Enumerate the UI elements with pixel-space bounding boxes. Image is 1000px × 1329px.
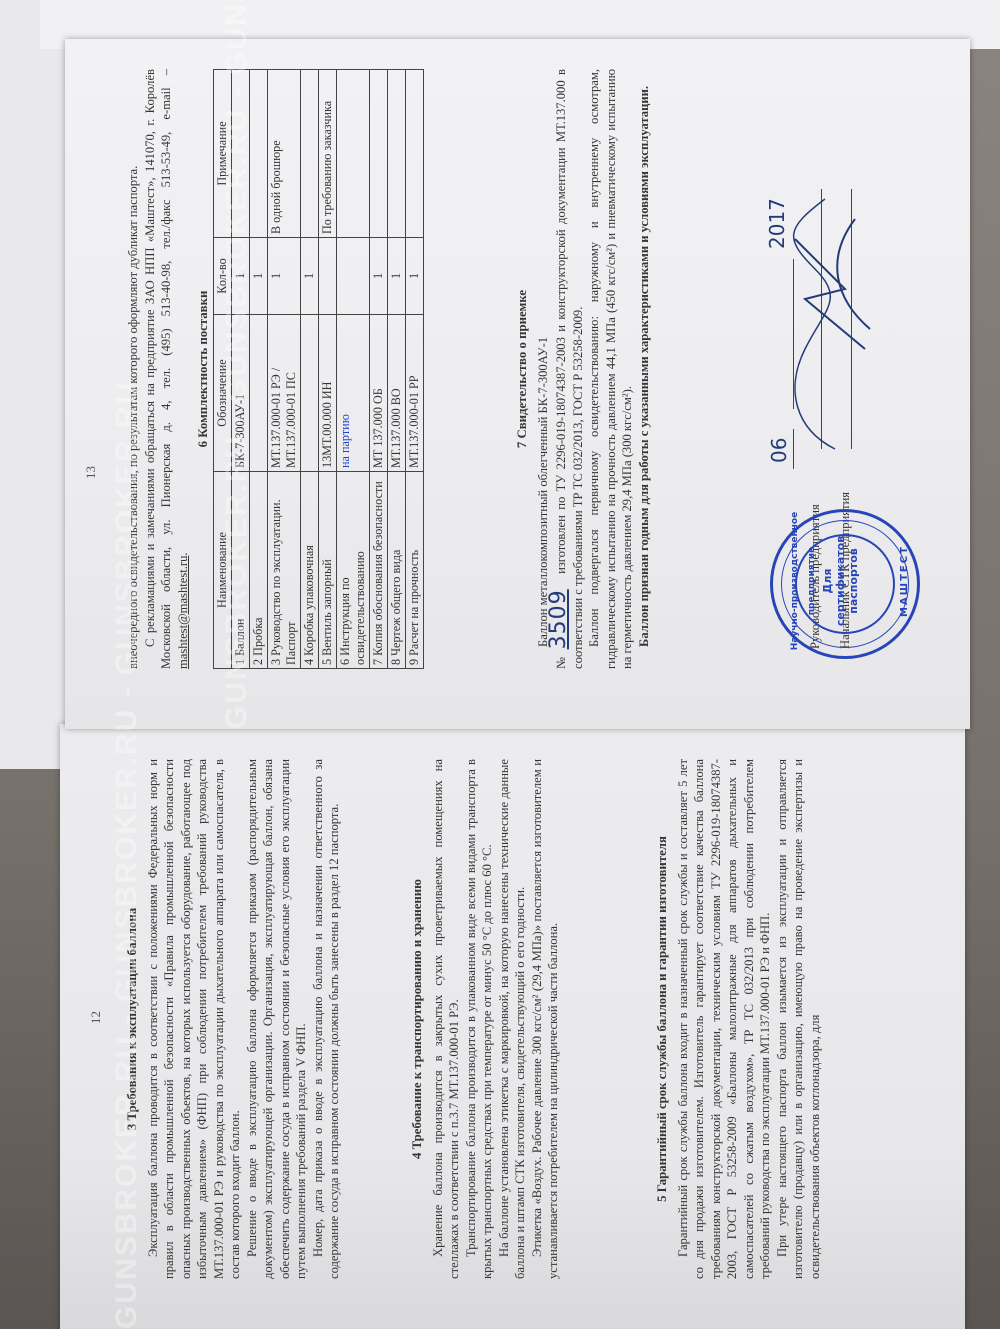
table-cell-qty <box>319 238 337 315</box>
table-row: 9 Расчет на прочностьМТ.137.000-01 РР1 <box>406 70 424 669</box>
test-paragraph: Баллон подвергался первичному освидетель… <box>586 69 636 669</box>
conclusion: Баллон признан годным для работы с указа… <box>636 69 653 669</box>
page-number: 13 <box>83 466 99 479</box>
table-cell-designation: МТ 137.000 ОБ <box>370 315 388 472</box>
paragraph: Гарантийный срок службы баллона входит в… <box>675 759 774 1279</box>
serial-number: 3509 <box>551 579 568 649</box>
table-cell-designation: 13МТ.00.000 ИН <box>319 315 337 472</box>
table-cell-qty: 1 <box>301 238 319 315</box>
table-cell-note <box>301 70 319 238</box>
table-cell-designation: МТ.137.000-01 РЭ / МТ.137.000-01 ПС <box>268 315 301 472</box>
signature-block: 06 2017 Руководитель предприятия Начальн… <box>765 69 945 669</box>
table-cell-designation: МТ.137.000-01 РР <box>406 315 424 472</box>
section-5-title: 5 Гарантийный срок службы баллона и гара… <box>654 759 671 1279</box>
table-cell-note <box>388 70 406 238</box>
stamp-top-text: Научно-производственное предприятие <box>787 506 820 656</box>
photo-stage: 12 3 Требования к эксплуатации баллона Э… <box>0 0 1000 1329</box>
watermark: GUNSBROKER.RU - GUNSBROKER.RU - GUNSBROK… <box>220 0 254 729</box>
paragraph: Номер, дата приказа о вводе в эксплуатац… <box>310 759 343 1279</box>
table-cell-name: 9 Расчет на прочность <box>406 472 424 669</box>
table-cell-name: 6 Инструкция по освидетельствованию <box>337 472 370 669</box>
table-cell-qty: 1 <box>370 238 388 315</box>
paragraph: Эксплуатация баллона проводится в соотве… <box>145 759 244 1279</box>
table-cell-qty: 1 <box>268 238 301 315</box>
stamp-line: паспортов <box>847 506 860 656</box>
contacts-text: С рекламациями и замечаниями обращаться … <box>142 69 192 669</box>
table-row: 6 Инструкция по освидетельствованиюна па… <box>337 70 370 669</box>
paragraph: На баллоне установлена этикетка с маркир… <box>496 759 529 1279</box>
page-12: 12 3 Требования к эксплуатации баллона Э… <box>60 724 965 1329</box>
cylinder-description: Баллон металлокомпозитный облегченный БК… <box>535 69 552 669</box>
serial-line: № 3509 изготовлен по ТУ 2296-019-1807438… <box>551 69 586 669</box>
kit-table-body: 1 БаллонБК-7-300АУ-112 Пробка13 Руководс… <box>232 70 424 669</box>
section-3: 3 Требования к эксплуатации баллона Эксп… <box>120 759 343 1279</box>
section-5: 5 Гарантийный срок службы баллона и гара… <box>650 759 823 1279</box>
number-label: № <box>554 655 568 669</box>
table-cell-name: 8 Чертеж общего вида <box>388 472 406 669</box>
table-cell-note: По требованию заказчика <box>319 70 337 238</box>
section-4: 4 Требование к транспортированию и хране… <box>405 759 562 1279</box>
watermark: GUNSBROKER.RU - GUNSBROKER.RU - GUNSBROK… <box>110 381 144 1329</box>
table-cell-note <box>406 70 424 238</box>
page-number: 12 <box>88 1011 104 1024</box>
paragraph: Транспортирование баллона производится в… <box>463 759 496 1279</box>
table-cell-name: 7 Копия обоснования безопасности <box>370 472 388 669</box>
section-4-title: 4 Требование к транспортированию и хране… <box>409 759 426 1279</box>
table-cell-name: 3 Руководство по эксплуатации. Паспорт <box>268 472 301 669</box>
table-row: 8 Чертеж общего видаМТ.137.000 ВО1 <box>388 70 406 669</box>
stamp-bottom-text: МАШТЕСТ <box>897 506 914 656</box>
table-cell-note: В одной брошюре <box>268 70 301 238</box>
stamp-center: Для сертификатов паспортов <box>821 506 860 656</box>
stamp-line: Для <box>821 506 834 656</box>
table-cell-designation: МТ.137.000 ВО <box>388 315 406 472</box>
table-cell-qty <box>337 238 370 315</box>
table-row: 5 Вентиль запорный13МТ.00.000 ИНПо требо… <box>319 70 337 669</box>
section-7: 7 Свидетельство о приемке Баллон металло… <box>510 69 652 669</box>
paragraph: Решение о вводе в эксплуатацию баллона о… <box>244 759 310 1279</box>
table-cell-designation: на партию <box>337 315 370 472</box>
paragraph: Хранение баллона производится в закрытых… <box>430 759 463 1279</box>
table-cell-name: 4 Коробка упаковочная <box>301 472 319 669</box>
table-cell-note <box>370 70 388 238</box>
table-row: 4 Коробка упаковочная1 <box>301 70 319 669</box>
company-stamp: Научно-производственное предприятие Для … <box>770 509 920 659</box>
table-cell-name: 5 Вентиль запорный <box>319 472 337 669</box>
table-row: 7 Копия обоснования безопасностиМТ 137.0… <box>370 70 388 669</box>
table-cell-qty: 1 <box>406 238 424 315</box>
contacts-line: С рекламациями и замечаниями обращаться … <box>143 69 174 669</box>
table-row: 3 Руководство по эксплуатации. ПаспортМТ… <box>268 70 301 669</box>
page-13: 13 внеочередного освидетельствования, по… <box>65 39 970 729</box>
signature-icon <box>775 169 885 469</box>
table-cell-qty: 1 <box>388 238 406 315</box>
table-cell-note <box>337 70 370 238</box>
stamp-line: сертификатов <box>834 506 847 656</box>
paragraph: При утере настоящего паспорта баллон изы… <box>774 759 824 1279</box>
section-7-title: 7 Свидетельство о приемке <box>514 69 531 669</box>
paragraph: Этикетка «Воздух. Рабочее давление 300 к… <box>529 759 562 1279</box>
table-cell-designation <box>301 315 319 472</box>
section-6-title: 6 Комплектность поставки <box>195 69 212 669</box>
email-link[interactable]: mashtest@mashtest.ru <box>176 556 190 669</box>
